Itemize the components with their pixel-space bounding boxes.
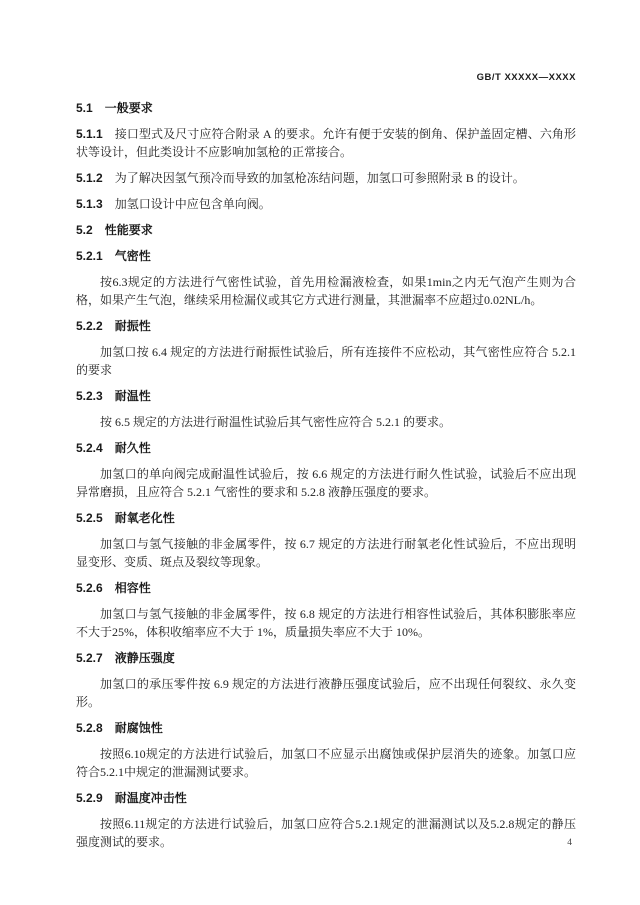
clause-5-1-2: 5.1.2为了解决因氢气预冷而导致的加氢枪冻结问题，加氢口可参照附录 B 的设计… bbox=[76, 169, 576, 187]
subsection-heading-5-2-6: 5.2.6相容性 bbox=[76, 579, 576, 597]
paragraph-5-2-1: 按6.3规定的方法进行气密性试验，首先用检漏液检查，如果1min之内无气泡产生则… bbox=[76, 273, 576, 309]
paragraph-5-2-2: 加氢口按 6.4 规定的方法进行耐振性试验后，所有连接件不应松动，其气密性应符合… bbox=[76, 343, 576, 379]
subsection-heading-5-2-2: 5.2.2耐振性 bbox=[76, 317, 576, 335]
document-body: 5.1一般要求 5.1.1接口型式及尺寸应符合附录 A 的要求。允许有便于安装的… bbox=[76, 91, 576, 859]
section-title: 气密性 bbox=[115, 249, 151, 263]
section-number: 5.2 bbox=[76, 223, 93, 237]
section-number: 5.2.9 bbox=[76, 791, 103, 805]
section-title: 耐温度冲击性 bbox=[115, 791, 187, 805]
subsection-heading-5-2-8: 5.2.8耐腐蚀性 bbox=[76, 719, 576, 737]
section-number: 5.2.5 bbox=[76, 511, 103, 525]
clause-text: 为了解决因氢气预冷而导致的加氢枪冻结问题，加氢口可参照附录 B 的设计。 bbox=[115, 171, 525, 185]
section-number: 5.2.4 bbox=[76, 441, 103, 455]
paragraph-5-2-3: 按 6.5 规定的方法进行耐温性试验后其气密性应符合 5.2.1 的要求。 bbox=[76, 413, 576, 431]
clause-number: 5.1.1 bbox=[76, 127, 103, 141]
standard-number-header: GB/T XXXXX—XXXX bbox=[76, 72, 576, 83]
subsection-heading-5-2-7: 5.2.7液静压强度 bbox=[76, 649, 576, 667]
section-title: 耐温性 bbox=[115, 389, 151, 403]
section-number: 5.2.3 bbox=[76, 389, 103, 403]
section-number: 5.2.1 bbox=[76, 249, 103, 263]
clause-5-1-3: 5.1.3加氢口设计中应包含单向阀。 bbox=[76, 195, 576, 213]
section-heading-5-1: 5.1一般要求 bbox=[76, 99, 576, 117]
subsection-heading-5-2-3: 5.2.3耐温性 bbox=[76, 387, 576, 405]
clause-text: 加氢口设计中应包含单向阀。 bbox=[115, 197, 271, 211]
paragraph-5-2-7: 加氢口的承压零件按 6.9 规定的方法进行液静压强度试验后，应不出现任何裂纹、永… bbox=[76, 675, 576, 711]
subsection-heading-5-2-9: 5.2.9耐温度冲击性 bbox=[76, 789, 576, 807]
paragraph-5-2-8: 按照6.10规定的方法进行试验后，加氢口不应显示出腐蚀或保护层消失的迹象。加氢口… bbox=[76, 745, 576, 781]
document-page: GB/T XXXXX—XXXX 5.1一般要求 5.1.1接口型式及尺寸应符合附… bbox=[0, 0, 640, 905]
section-number: 5.2.7 bbox=[76, 651, 103, 665]
clause-number: 5.1.2 bbox=[76, 171, 103, 185]
paragraph-5-2-5: 加氢口与氢气接触的非金属零件，按 6.7 规定的方法进行耐氧老化性试验后，不应出… bbox=[76, 535, 576, 571]
section-title: 液静压强度 bbox=[115, 651, 175, 665]
section-title: 相容性 bbox=[115, 581, 151, 595]
page-number: 4 bbox=[567, 838, 572, 848]
section-title: 一般要求 bbox=[105, 101, 153, 115]
clause-number: 5.1.3 bbox=[76, 197, 103, 211]
clause-5-1-1: 5.1.1接口型式及尺寸应符合附录 A 的要求。允许有便于安装的倒角、保护盖固定… bbox=[76, 125, 576, 161]
section-title: 耐氧老化性 bbox=[115, 511, 175, 525]
subsection-heading-5-2-5: 5.2.5耐氧老化性 bbox=[76, 509, 576, 527]
paragraph-5-2-6: 加氢口与氢气接触的非金属零件，按 6.8 规定的方法进行相容性试验后，其体积膨胀… bbox=[76, 605, 576, 641]
clause-text: 接口型式及尺寸应符合附录 A 的要求。允许有便于安装的倒角、保护盖固定槽、六角形… bbox=[76, 127, 576, 159]
subsection-heading-5-2-4: 5.2.4耐久性 bbox=[76, 439, 576, 457]
subsection-heading-5-2-1: 5.2.1气密性 bbox=[76, 247, 576, 265]
section-number: 5.2.8 bbox=[76, 721, 103, 735]
section-heading-5-2: 5.2性能要求 bbox=[76, 221, 576, 239]
paragraph-5-2-9: 按照6.11规定的方法进行试验后，加氢口应符合5.2.1规定的泄漏测试以及5.2… bbox=[76, 815, 576, 851]
section-title: 耐久性 bbox=[115, 441, 151, 455]
paragraph-5-2-4: 加氢口的单向阀完成耐温性试验后，按 6.6 规定的方法进行耐久性试验，试验后不应… bbox=[76, 465, 576, 501]
section-title: 耐振性 bbox=[115, 319, 151, 333]
section-number: 5.2.6 bbox=[76, 581, 103, 595]
section-number: 5.1 bbox=[76, 101, 93, 115]
section-number: 5.2.2 bbox=[76, 319, 103, 333]
section-title: 耐腐蚀性 bbox=[115, 721, 163, 735]
section-title: 性能要求 bbox=[105, 223, 153, 237]
